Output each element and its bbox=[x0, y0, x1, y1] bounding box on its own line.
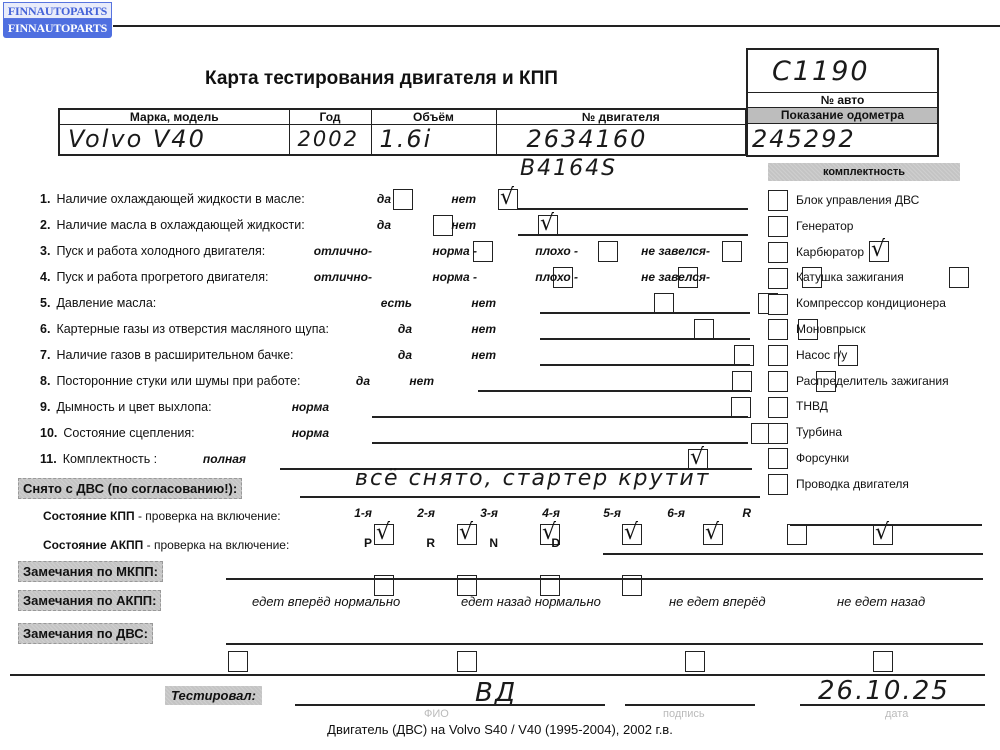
komplektnost-checkbox[interactable] bbox=[768, 268, 788, 289]
komplektnost-checkbox[interactable] bbox=[768, 474, 788, 495]
gear-checkbox[interactable] bbox=[457, 524, 477, 545]
question-text: Пуск и работа холодного двигателя: bbox=[56, 244, 265, 258]
notes-line bbox=[518, 208, 748, 210]
komplektnost-item[interactable]: ТНВД bbox=[768, 395, 828, 417]
question-text: Состояние сцепления: bbox=[63, 426, 194, 440]
kpp-line bbox=[790, 524, 982, 526]
komplektnost-label: Турбина bbox=[796, 425, 842, 439]
gear-label: N bbox=[489, 536, 498, 550]
auto-box: C1190 № авто Показание одометра 245292 bbox=[746, 48, 939, 157]
remarks-akpp-label: Замечания по АКПП: bbox=[18, 590, 161, 611]
komplektnost-item[interactable]: Блок управления ДВС bbox=[768, 189, 919, 211]
remarks-dvs-label: Замечания по ДВС: bbox=[18, 623, 153, 644]
question-1: 1.Наличие охлаждающей жидкости в масле: bbox=[40, 188, 305, 210]
removed-line bbox=[300, 496, 760, 498]
make-model-value: Volvo V40 bbox=[59, 125, 289, 155]
watermark-line-2: FINNAUTOPARTS bbox=[3, 19, 112, 38]
komplektnost-label: Насос г/у bbox=[796, 348, 847, 362]
option-checkbox[interactable] bbox=[393, 189, 413, 210]
komplektnost-label: Генератор bbox=[796, 219, 853, 233]
signature-line bbox=[625, 704, 755, 706]
question-2: 2.Наличие масла в охлаждающей жидкости: bbox=[40, 214, 305, 236]
kpp-label-bold: Состояние КПП bbox=[43, 509, 135, 523]
option-label: полная bbox=[203, 452, 246, 466]
year-value: 2002 bbox=[289, 125, 371, 155]
option-label: да bbox=[398, 348, 412, 362]
top-rule bbox=[113, 25, 1000, 27]
question-10: 10.Состояние сцепления: bbox=[40, 422, 195, 444]
akpp-remark-checkbox[interactable] bbox=[873, 651, 893, 672]
remarks-mkpp-line bbox=[226, 578, 983, 580]
caption: Двигатель (ДВС) на Volvo S40 / V40 (1995… bbox=[0, 722, 1000, 737]
question-number: 11. bbox=[40, 452, 57, 466]
option-label: отлично- bbox=[314, 244, 372, 258]
komplektnost-label: Распределитель зажигания bbox=[796, 374, 949, 388]
notes-line bbox=[540, 312, 750, 314]
option-checkbox[interactable] bbox=[949, 267, 969, 288]
engine-number-value: 2634160 bbox=[496, 125, 746, 155]
komplektnost-checkbox[interactable] bbox=[768, 397, 788, 418]
question-text: Комплектность : bbox=[63, 452, 157, 466]
question-number: 9. bbox=[40, 400, 50, 414]
option-label: да bbox=[377, 218, 391, 232]
komplektnost-checkbox[interactable] bbox=[768, 242, 788, 263]
question-number: 5. bbox=[40, 296, 50, 310]
akpp-label-rest: - проверка на включение: bbox=[143, 538, 289, 552]
question-7: 7.Наличие газов в расширительном бачке: bbox=[40, 344, 294, 366]
komplektnost-item[interactable]: Моновпрыск bbox=[768, 318, 866, 340]
komplektnost-item[interactable]: Распределитель зажигания bbox=[768, 370, 949, 392]
komplektnost-label: Катушка зажигания bbox=[796, 270, 904, 284]
gear-label: R bbox=[426, 536, 435, 550]
option-label: есть bbox=[381, 296, 412, 310]
question-text: Наличие газов в расширительном бачке: bbox=[56, 348, 293, 362]
akpp-remark-label: не едет вперёд bbox=[669, 594, 766, 609]
question-5: 5.Давление масла: bbox=[40, 292, 156, 314]
option-label: норма bbox=[292, 426, 329, 440]
komplektnost-label: Блок управления ДВС bbox=[796, 193, 919, 207]
question-6: 6.Картерные газы из отверстия масляного … bbox=[40, 318, 329, 340]
question-text: Давление масла: bbox=[56, 296, 156, 310]
col-header-engine-number: № двигателя bbox=[496, 109, 746, 125]
col-header-make-model: Марка, модель bbox=[59, 109, 289, 125]
komplektnost-label: Проводка двигателя bbox=[796, 477, 909, 491]
akpp-remark-checkbox[interactable] bbox=[685, 651, 705, 672]
komplektnost-checkbox[interactable] bbox=[768, 423, 788, 444]
komplektnost-label: Моновпрыск bbox=[796, 322, 866, 336]
komplektnost-checkbox[interactable] bbox=[768, 319, 788, 340]
option-label: нет bbox=[471, 296, 496, 310]
option-label: норма - bbox=[432, 270, 477, 284]
option-label: плохо - bbox=[535, 244, 578, 258]
option-label: да bbox=[398, 322, 412, 336]
question-9: 9.Дымность и цвет выхлопа: bbox=[40, 396, 212, 418]
signature-sublabel: подпись bbox=[663, 708, 705, 720]
question-number: 2. bbox=[40, 218, 50, 232]
removed-label: Снято с ДВС (по согласованию!): bbox=[18, 478, 242, 499]
option-checkbox[interactable] bbox=[731, 397, 751, 418]
gear-label: 3-я bbox=[480, 506, 498, 520]
name-sublabel: ФИО bbox=[424, 708, 449, 720]
komplektnost-checkbox[interactable] bbox=[768, 371, 788, 392]
option-checkbox[interactable] bbox=[694, 319, 714, 340]
auto-number-value: C1190 bbox=[748, 50, 937, 93]
gear-label: R bbox=[742, 506, 751, 520]
kpp-label: Состояние КПП - проверка на включение: bbox=[43, 509, 281, 523]
akpp-label-bold: Состояние АКПП bbox=[43, 538, 143, 552]
option-label: да bbox=[356, 374, 370, 388]
komplektnost-checkbox[interactable] bbox=[768, 345, 788, 366]
question-number: 4. bbox=[40, 270, 50, 284]
volume-value: 1.6i bbox=[371, 125, 496, 155]
question-text: Посторонние стуки или шумы при работе: bbox=[56, 374, 300, 388]
col-header-volume: Объём bbox=[371, 109, 496, 125]
question-3: 3.Пуск и работа холодного двигателя: bbox=[40, 240, 265, 262]
gear-label: 4-я bbox=[542, 506, 560, 520]
page-title: Карта тестирования двигателя и КПП bbox=[205, 68, 558, 90]
tested-label: Тестировал: bbox=[165, 686, 262, 705]
option-checkbox[interactable] bbox=[734, 345, 754, 366]
question-number: 6. bbox=[40, 322, 50, 336]
watermark-logo: FINNAUTOPARTS FINNAUTOPARTS bbox=[3, 2, 112, 38]
akpp-label: Состояние АКПП - проверка на включение: bbox=[43, 538, 289, 552]
komplektnost-item[interactable]: Катушка зажигания bbox=[768, 266, 904, 288]
question-8: 8.Посторонние стуки или шумы при работе: bbox=[40, 370, 300, 392]
option-label: плохо - bbox=[535, 270, 578, 284]
remarks-mkpp-label: Замечания по МКПП: bbox=[18, 561, 163, 582]
option-label: норма - bbox=[432, 244, 477, 258]
komplektnost-item[interactable]: Проводка двигателя bbox=[768, 473, 909, 495]
komplektnost-checkbox[interactable] bbox=[768, 190, 788, 211]
option-checkbox[interactable] bbox=[498, 189, 518, 210]
gear-checkbox[interactable] bbox=[873, 524, 893, 545]
gear-label: 5-я bbox=[603, 506, 621, 520]
komplektnost-item[interactable]: Насос г/у bbox=[768, 344, 847, 366]
odometer-label: Показание одометра bbox=[748, 108, 937, 124]
question-text: Картерные газы из отверстия масляного щу… bbox=[56, 322, 328, 336]
option-label: отлично- bbox=[314, 270, 372, 284]
date-line bbox=[800, 704, 985, 706]
option-label: не завелся- bbox=[641, 270, 710, 284]
option-checkbox[interactable] bbox=[654, 293, 674, 314]
question-text: Наличие масла в охлаждающей жидкости: bbox=[56, 218, 304, 232]
removed-value: всё снято, стартер крутит bbox=[355, 466, 710, 491]
komplektnost-item[interactable]: Турбина bbox=[768, 421, 842, 443]
notes-line bbox=[372, 442, 748, 444]
option-label: нет bbox=[409, 374, 434, 388]
question-number: 3. bbox=[40, 244, 50, 258]
watermark-line-1: FINNAUTOPARTS bbox=[3, 2, 112, 19]
question-text: Дымность и цвет выхлопа: bbox=[56, 400, 211, 414]
akpp-remark-label: едет вперёд нормально bbox=[252, 594, 400, 609]
col-header-year: Год bbox=[289, 109, 371, 125]
vehicle-info-table: Марка, модель Год Объём № двигателя Volv… bbox=[58, 108, 747, 156]
gear-label: P bbox=[364, 536, 372, 550]
option-checkbox[interactable] bbox=[598, 241, 618, 262]
option-label: не завелся- bbox=[641, 244, 710, 258]
gear-label: 2-я bbox=[417, 506, 435, 520]
date-sublabel: дата bbox=[885, 708, 908, 720]
name-line bbox=[295, 704, 605, 706]
option-label: нет bbox=[451, 192, 476, 206]
odometer-value: 245292 bbox=[748, 124, 937, 154]
gear-label: 1-я bbox=[354, 506, 372, 520]
notes-line bbox=[478, 390, 750, 392]
auto-number-label: № авто bbox=[748, 93, 937, 108]
komplektnost-checkbox[interactable] bbox=[768, 216, 788, 237]
option-checkbox[interactable] bbox=[869, 241, 889, 262]
akpp-line bbox=[603, 553, 983, 555]
option-label: нет bbox=[471, 322, 496, 336]
option-checkbox[interactable] bbox=[722, 241, 742, 262]
komplektnost-item[interactable]: Форсунки bbox=[768, 447, 849, 469]
question-number: 1. bbox=[40, 192, 50, 206]
question-number: 8. bbox=[40, 374, 50, 388]
komplektnost-checkbox[interactable] bbox=[768, 448, 788, 469]
date-value: 26.10.25 bbox=[818, 676, 950, 706]
komplektnost-checkbox[interactable] bbox=[768, 294, 788, 315]
akpp-remark-checkbox[interactable] bbox=[228, 651, 248, 672]
gear-label: 6-я bbox=[667, 506, 685, 520]
question-number: 7. bbox=[40, 348, 50, 362]
question-4: 4.Пуск и работа прогретого двигателя: bbox=[40, 266, 268, 288]
notes-line bbox=[518, 234, 748, 236]
akpp-remark-label: не едет назад bbox=[837, 594, 925, 609]
kpp-label-rest: - проверка на включение: bbox=[135, 509, 281, 523]
komplektnost-item[interactable]: Карбюратор bbox=[768, 241, 864, 263]
notes-line bbox=[372, 416, 748, 418]
engine-code: B4164S bbox=[520, 156, 617, 181]
komplektnost-header: комплектность bbox=[768, 163, 960, 181]
option-label: нет bbox=[471, 348, 496, 362]
option-label: да bbox=[377, 192, 391, 206]
notes-line bbox=[540, 338, 750, 340]
komplektnost-item[interactable]: Компрессор кондиционера bbox=[768, 292, 946, 314]
question-11: 11.Комплектность : bbox=[40, 448, 157, 470]
komplektnost-item[interactable]: Генератор bbox=[768, 215, 853, 237]
option-checkbox[interactable] bbox=[732, 371, 752, 392]
gear-label: D bbox=[551, 536, 560, 550]
question-text: Пуск и работа прогретого двигателя: bbox=[56, 270, 268, 284]
komplektnost-label: Компрессор кондиционера bbox=[796, 296, 946, 310]
remarks-dvs-line bbox=[226, 643, 983, 645]
removed-label-text: Снято с ДВС (по согласованию!): bbox=[23, 481, 237, 496]
gear-checkbox[interactable] bbox=[787, 524, 807, 545]
question-text: Наличие охлаждающей жидкости в масле: bbox=[56, 192, 304, 206]
option-label: нет bbox=[451, 218, 476, 232]
notes-line bbox=[540, 364, 750, 366]
option-checkbox[interactable] bbox=[433, 215, 453, 236]
komplektnost-label: Форсунки bbox=[796, 451, 849, 465]
gear-checkbox[interactable] bbox=[622, 524, 642, 545]
question-number: 10. bbox=[40, 426, 57, 440]
option-label: норма bbox=[292, 400, 329, 414]
akpp-remark-checkbox[interactable] bbox=[457, 651, 477, 672]
akpp-remark-label: едет назад нормально bbox=[461, 594, 601, 609]
gear-checkbox[interactable] bbox=[703, 524, 723, 545]
option-checkbox[interactable] bbox=[538, 215, 558, 236]
komplektnost-label: ТНВД bbox=[796, 399, 828, 413]
komplektnost-label: Карбюратор bbox=[796, 245, 864, 259]
gear-checkbox[interactable] bbox=[374, 524, 394, 545]
